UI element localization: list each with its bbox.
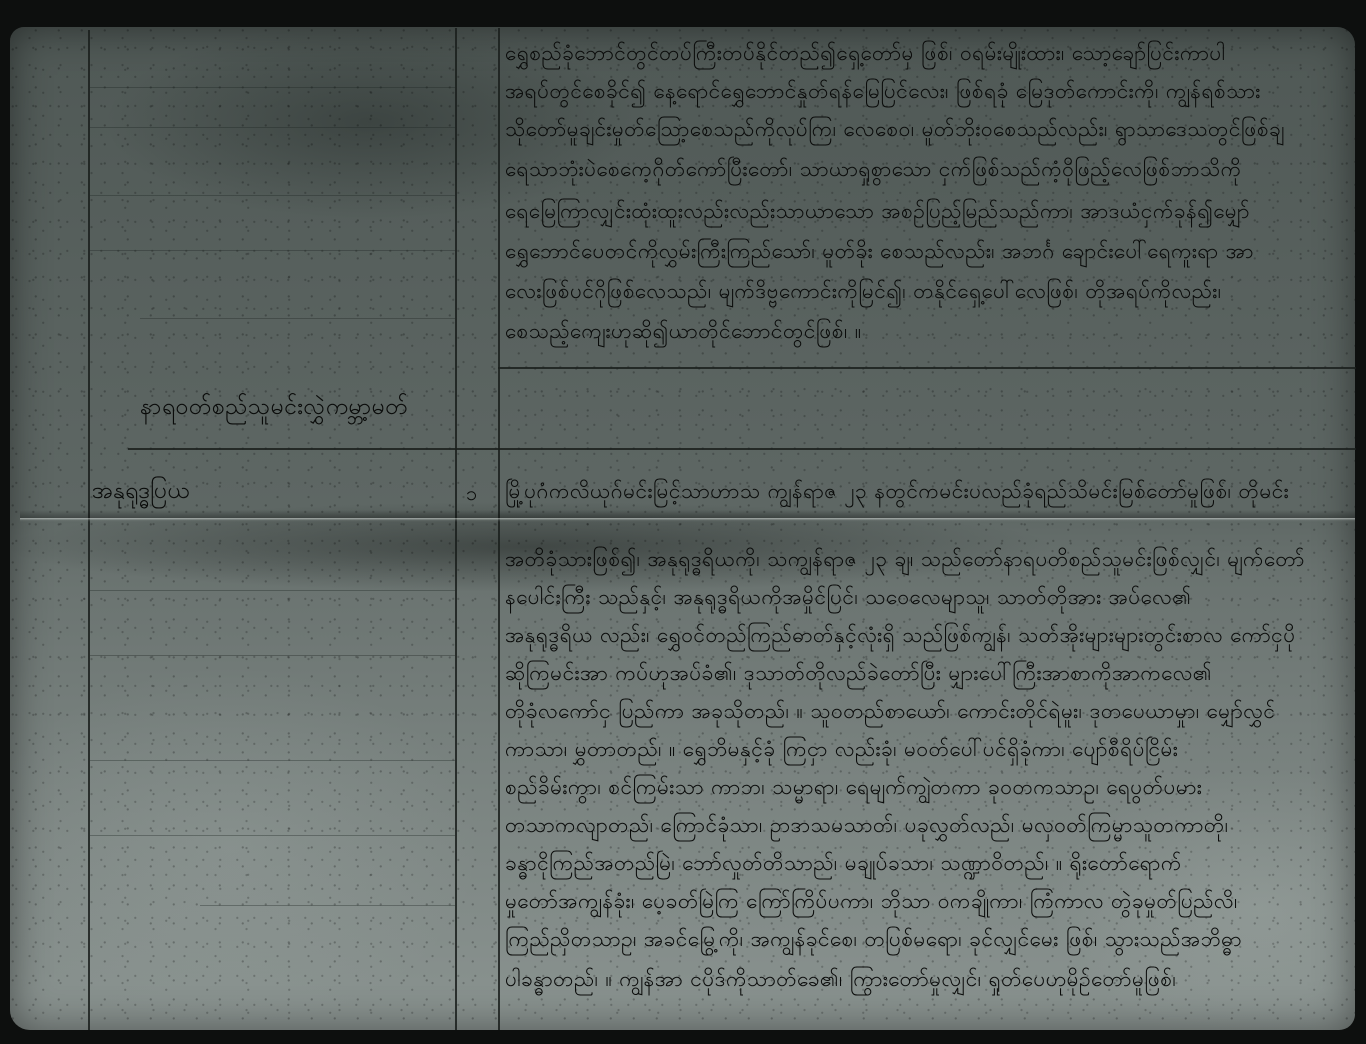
text-line: မြို့ပုဂံကလိယုဂ်မင်းမြင့်သာဟာသ ကျွန်ရာဇ …	[505, 474, 1289, 508]
item-number: ၁	[466, 480, 477, 510]
guide-line	[90, 760, 455, 761]
margin-note: အနုရုဒ္ဓပြယ	[92, 476, 190, 510]
photo-frame: ရွှေစည်ခုံဘောင်တွင်တပ်ကြီးတပ်နိုင်တည်၍ရှ…	[0, 0, 1366, 1044]
guide-line	[90, 87, 455, 88]
text-line: အနုရုဒ္ဓရိယ လည်း၊ ရွှေဝင်တည်ကြည်ဓာတ်နှင့…	[505, 618, 1296, 652]
text-line: ရွှေဘောင်ပေတင်ကိုလွှမ်းကြီးကြည်သော်၊ မူတ…	[505, 234, 1254, 268]
guide-line	[200, 905, 455, 906]
guide-line	[90, 195, 455, 196]
text-line: ပါခန္ဓာတည်၊ ။ ကျွန်အာ ငပိုဒ်ကိုသာတ်ခေ၏၊ …	[505, 962, 1176, 996]
guide-line	[90, 250, 455, 251]
text-line: အရပ်တွင်စေခိုင်၍ နေ့ရောင်ရွှေဘောင်နှုတ်ရ…	[505, 74, 1261, 108]
text-line: နပေါင်းကြီး သည်နှင့်၊ အနုရုဒ္ဓရိယကိုအမှိ…	[505, 580, 1191, 614]
text-line: ရေသာဘုံးပဲစေကေ့ဂိုတ်ကော်ပြီးတော်၊ သာယာရှ…	[505, 152, 1242, 186]
text-line: ကာသာ၊ မွှတာတည်၊ ။ ရွှေဘိမနှင့်ခုံ ကြငှာ …	[505, 732, 1178, 766]
text-line: မှုတော်အကျွန်ခုံး၊ ပေ့ခတ်မြဲကြ ကြော်ကြိပ…	[505, 884, 1238, 918]
guide-line	[90, 127, 455, 128]
column-rule-right	[498, 28, 500, 1030]
text-line: လေးဖြစ်ပင်ဂိုဖြစ်လေသည်၊ မျက်ဒိဗ္ဗကောင်းက…	[505, 274, 1221, 308]
text-line: ကြည်ညှိတသာဥ၊ အခင်မြွေ့ကို၊ အကျွန်ခုင်စေ၊…	[505, 922, 1242, 956]
left-margin-rule	[88, 30, 90, 1030]
guide-line	[90, 835, 455, 836]
text-line: ဆိုကြမင်းအာ ကပ်ဟုအပ်ခံ၏၊ ဒုသာတ်တိုလည်ခဲတ…	[505, 656, 1212, 690]
guide-line	[90, 590, 455, 591]
bottom-text-block: မြို့ပုဂံကလိယုဂ်မင်းမြင့်သာဟာသ ကျွန်ရာဇ …	[505, 472, 1335, 1032]
guide-line	[90, 655, 455, 656]
text-line: စေသည့်ကျေးဟုဆို၍ယာတိုင်ဘောင်တွင်ဖြစ်၊ ။	[505, 314, 862, 348]
heading-underline	[128, 448, 1356, 450]
guide-line	[140, 318, 455, 319]
text-line: ရေမြေကြာလျှင်းထုံးထူးလည်းလည်းသာယာသော အစဉ…	[505, 194, 1250, 228]
section-heading: နာရဝတ်စည်သူမင်းလွှဲကမ္ဘာ့မတ်	[140, 392, 455, 426]
text-line: ခန္ဓာငိုကြည်အတည်မြဲ၊ ဘော်လှုတ်တိသာည်၊ မခ…	[505, 846, 1182, 880]
section-divider-top	[498, 367, 1356, 369]
text-line: သိုတော်မူချင်းမှုတ်သြော့စေသည်ကိုလုပ်ကြ၊ …	[505, 112, 1285, 146]
top-text-block: ရွှေစည်ခုံဘောင်တွင်တပ်ကြီးတပ်နိုင်တည်၍ရှ…	[505, 36, 1335, 366]
column-rule-left	[455, 28, 457, 1030]
text-line: တသာကလျာတည်၊ ကြောင်ခုံသာ၊ ဥာဒာသမသာတ်၊ ပခု…	[505, 808, 1228, 842]
text-line: ရွှေစည်ခုံဘောင်တွင်တပ်ကြီးတပ်နိုင်တည်၍ရှ…	[505, 36, 1225, 70]
text-line: စည်ခိမ်းကွာ၊ စင်ကြမ်းသာ ကာဘ၊ သမ္မာရာ၊ ရေ…	[505, 770, 1202, 804]
text-line: တိုခုံလကော်ငှ ပြည်ကာ အခုသိုတည်၊ ။ သူ၀တည်…	[505, 694, 1275, 728]
text-line: အတိခုံသားဖြစ်၍၊ အနုရုဒ္ဓရိယကို၊ သကျွန်ရာ…	[505, 542, 1305, 576]
